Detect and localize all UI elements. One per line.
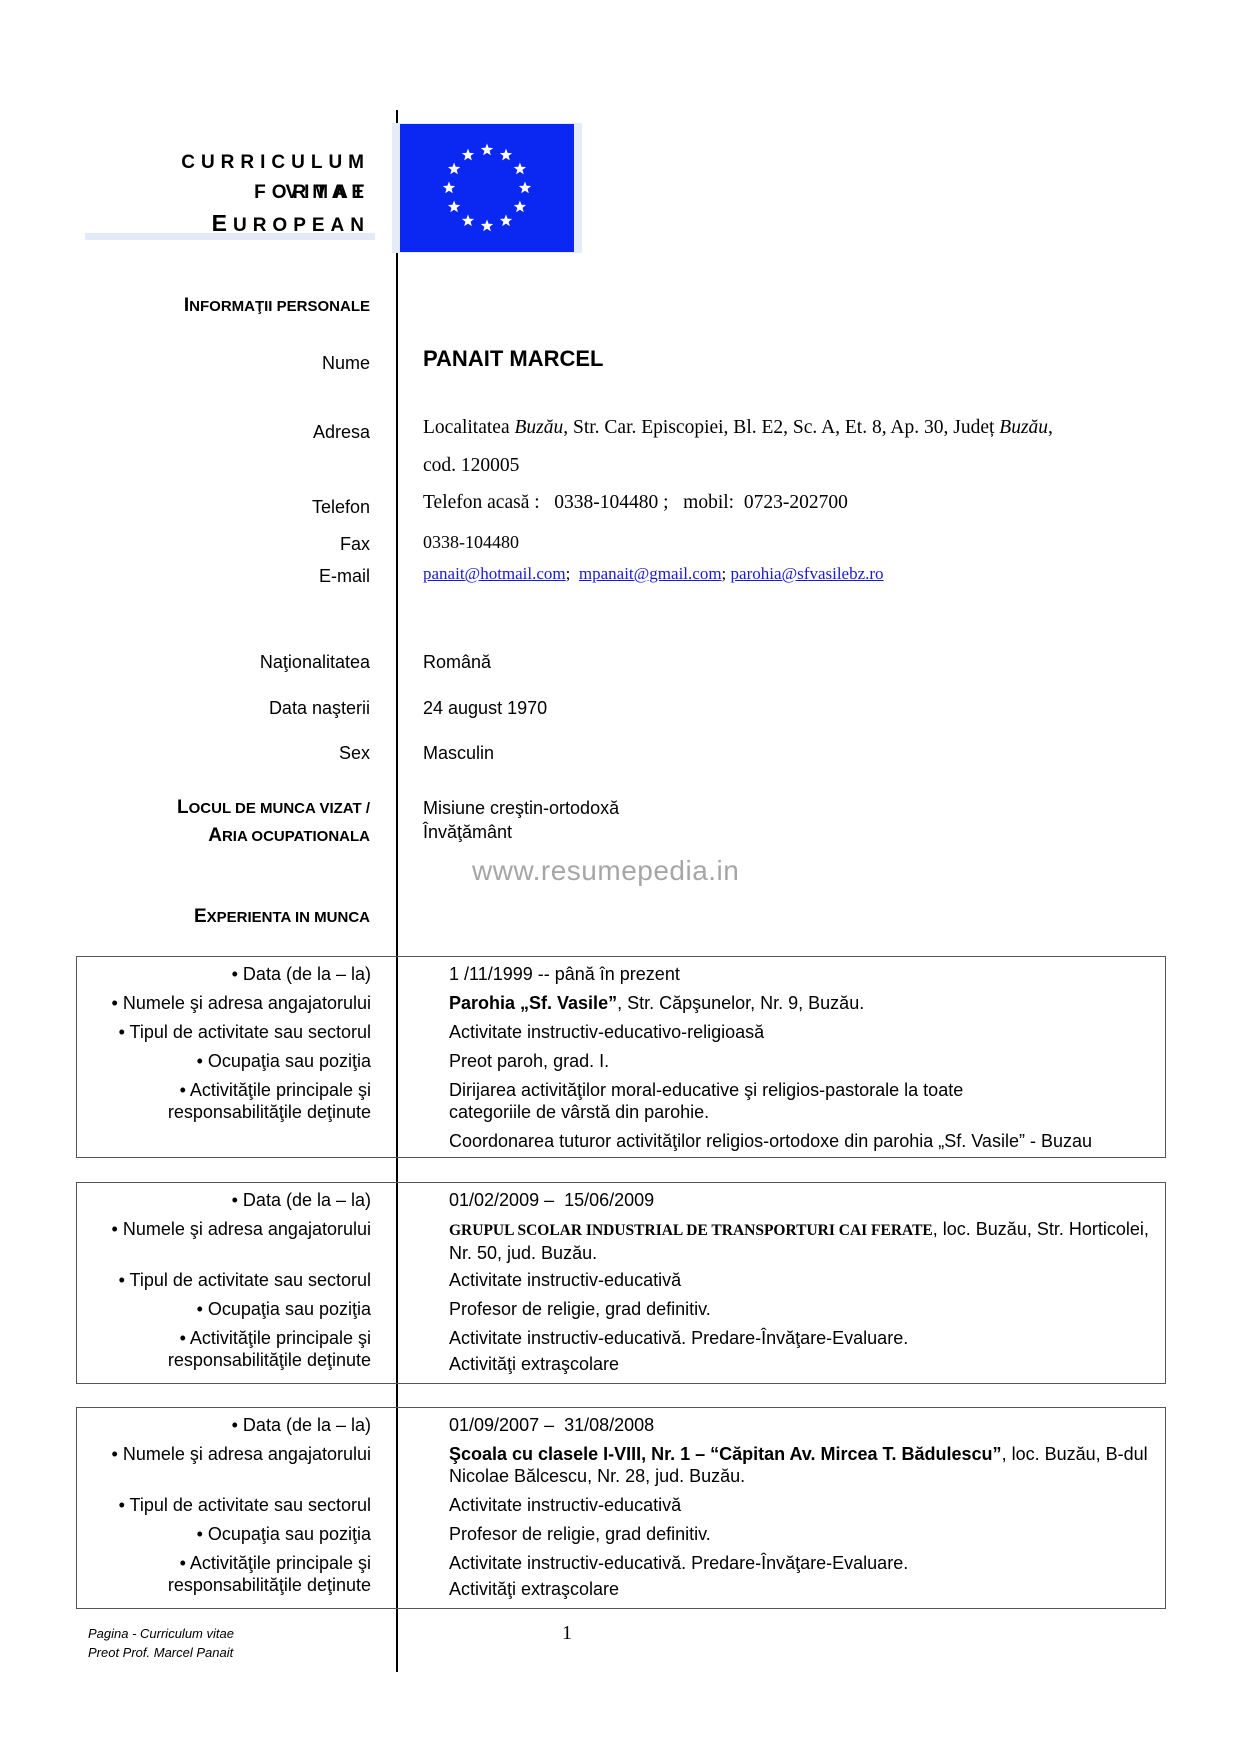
job-label-line: • Activităţile principale şi xyxy=(77,1552,371,1574)
job-label-line: responsabilităţile deţinute xyxy=(77,1574,371,1596)
job-label-line: responsabilităţile deţinute xyxy=(77,1349,371,1371)
name-value: PANAIT MARCEL xyxy=(423,348,603,370)
job-label: • Data (de la – la) xyxy=(77,1189,397,1218)
job-row-date: • Data (de la – la)01/09/2007 – 31/08/20… xyxy=(77,1414,1165,1443)
target-value-1: Misiune creştin-ortodoxă xyxy=(423,797,619,819)
job-row-position: • Ocupaţia sau poziţiaPreot paroh, grad.… xyxy=(77,1050,1165,1079)
job-label: • Data (de la – la) xyxy=(77,1414,397,1443)
address-label: Adresa xyxy=(70,421,370,443)
job-sector: Activitate instructiv-educativă xyxy=(397,1269,1165,1298)
email-link-parohia[interactable]: parohia@sfvasilebz.ro xyxy=(731,564,884,583)
job-row-sector: • Tipul de activitate sau sectorulActivi… xyxy=(77,1269,1165,1298)
job-entry: • Data (de la – la)01/02/2009 – 15/06/20… xyxy=(76,1182,1166,1384)
job-label-line: • Activităţile principale şi xyxy=(77,1327,371,1349)
job-activities: Activitate instructiv-educativă. Predare… xyxy=(397,1327,1165,1375)
job-entry: • Data (de la – la)01/09/2007 – 31/08/20… xyxy=(76,1407,1166,1609)
job-activity: Activităţi extraşcolare xyxy=(449,1353,1155,1375)
eu-flag-icon xyxy=(400,124,574,252)
job-row-sector: • Tipul de activitate sau sectorulActivi… xyxy=(77,1021,1165,1050)
email-label: E-mail xyxy=(70,565,370,587)
address-part: Localitatea xyxy=(423,417,514,438)
job-label: • Activităţile principale şiresponsabili… xyxy=(77,1079,397,1152)
phone-label: Telefon xyxy=(70,496,370,518)
target-line1-big: L xyxy=(177,797,189,818)
job-activity: Coordonarea tuturor activităţilor religi… xyxy=(449,1130,1155,1152)
job-row-date: • Data (de la – la)01/02/2009 – 15/06/20… xyxy=(77,1189,1165,1218)
email-list: panait@hotmail.com; mpanait@gmail.com; p… xyxy=(423,563,884,585)
title-underline-bar xyxy=(85,233,375,240)
sex-value: Masculin xyxy=(423,742,494,764)
job-employer: GRUPUL SCOLAR INDUSTRIAL DE TRANSPORTURI… xyxy=(397,1218,1165,1269)
address-part: , xyxy=(1048,417,1053,438)
target-line1: LOCUL DE MUNCA VIZAT / xyxy=(70,794,370,822)
address-county: Buzău xyxy=(999,417,1048,438)
fax-value: 0338-104480 xyxy=(423,531,519,553)
target-line2-big: A xyxy=(208,825,222,846)
job-position: Profesor de religie, grad definitiv. xyxy=(397,1523,1165,1552)
job-employer-name: GRUPUL SCOLAR INDUSTRIAL DE TRANSPORTURI… xyxy=(449,1222,933,1239)
job-employer: Şcoala cu clasele I-VIII, Nr. 1 – “Căpit… xyxy=(397,1443,1165,1494)
job-row-activities: • Activităţile principale şiresponsabili… xyxy=(77,1552,1165,1600)
email-separator: ; xyxy=(722,564,731,583)
job-row-employer: • Numele şi adresa angajatoruluiParohia … xyxy=(77,992,1165,1021)
address-part: , Str. Car. Episcopiei, Bl. E2, Sc. A, E… xyxy=(563,417,999,438)
email-link-gmail[interactable]: mpanait@gmail.com xyxy=(579,564,722,583)
name-label: Nume xyxy=(70,352,370,374)
address-postal-code: cod. 120005 xyxy=(423,455,519,477)
job-label: • Tipul de activitate sau sectorul xyxy=(77,1269,397,1298)
job-row-employer: • Numele şi adresa angajatoruluiŞcoala c… xyxy=(77,1443,1165,1494)
job-row-date: • Data (de la – la)1 /11/1999 -- până în… xyxy=(77,963,1165,992)
job-employer-name: Parohia „Sf. Vasile” xyxy=(449,993,617,1013)
job-row-position: • Ocupaţia sau poziţiaProfesor de religi… xyxy=(77,1523,1165,1552)
birthdate-label: Data naşterii xyxy=(70,697,370,719)
email-link-hotmail[interactable]: panait@hotmail.com xyxy=(423,564,566,583)
job-label: • Activităţile principale şiresponsabili… xyxy=(77,1327,397,1375)
page-footer: Pagina - Curriculum vitae Preot Prof. Ma… xyxy=(88,1624,234,1662)
job-entry: • Data (de la – la)1 /11/1999 -- până în… xyxy=(76,956,1166,1158)
job-sector: Activitate instructiv-educativă xyxy=(397,1494,1165,1523)
job-activity: Dirijarea activităţilor moral-educative … xyxy=(449,1079,1155,1123)
section-target-job: LOCUL DE MUNCA VIZAT / ARIA OCUPATIONALA xyxy=(70,794,370,850)
job-label: • Data (de la – la) xyxy=(77,963,397,992)
section-experience-big: E xyxy=(194,906,207,927)
job-position: Preot paroh, grad. I. xyxy=(397,1050,1165,1079)
job-activity: Activitate instructiv-educativă. Predare… xyxy=(449,1327,1155,1349)
job-label: • Ocupaţia sau poziţia xyxy=(77,1523,397,1552)
section-personal-info: INFORMAŢII PERSONALE xyxy=(70,292,370,320)
sex-label: Sex xyxy=(70,742,370,764)
phone-value: Telefon acasă : 0338-104480 ; mobil: 072… xyxy=(423,492,848,514)
job-date: 01/02/2009 – 15/06/2009 xyxy=(397,1189,1165,1218)
watermark: www.resumepedia.in xyxy=(472,855,739,887)
job-label: • Activităţile principale şiresponsabili… xyxy=(77,1552,397,1600)
job-row-employer: • Numele şi adresa angajatoruluiGRUPUL S… xyxy=(77,1218,1165,1269)
job-label: • Tipul de activitate sau sectorul xyxy=(77,1021,397,1050)
footer-line2: Preot Prof. Marcel Panait xyxy=(88,1643,234,1662)
job-activity: Activităţi extraşcolare xyxy=(449,1578,1155,1600)
job-employer-address: , Str. Căpşunelor, Nr. 9, Buzău. xyxy=(617,993,864,1013)
job-label: • Numele şi adresa angajatorului xyxy=(77,1218,397,1269)
cv-title-line2: FORMAT EUROPEAN xyxy=(90,178,370,241)
cv-title-line2-first: FORMAT xyxy=(254,182,370,203)
section-experience-rest: XPERIENTA IN MUNCA xyxy=(207,909,370,926)
page-number: 1 xyxy=(562,1622,572,1645)
job-position: Profesor de religie, grad definitiv. xyxy=(397,1298,1165,1327)
job-activities: Activitate instructiv-educativă. Predare… xyxy=(397,1552,1165,1600)
eu-stars-icon xyxy=(400,124,574,252)
job-activity: Activitate instructiv-educativă. Predare… xyxy=(449,1552,1155,1574)
address-value: Localitatea Buzău, Str. Car. Episcopiei,… xyxy=(423,417,1163,439)
job-label: • Ocupaţia sau poziţia xyxy=(77,1050,397,1079)
job-label: • Numele şi adresa angajatorului xyxy=(77,1443,397,1494)
job-row-sector: • Tipul de activitate sau sectorulActivi… xyxy=(77,1494,1165,1523)
job-row-activities: • Activităţile principale şiresponsabili… xyxy=(77,1327,1165,1375)
job-employer-name: Şcoala cu clasele I-VIII, Nr. 1 – “Căpit… xyxy=(449,1444,1002,1464)
birthdate-value: 24 august 1970 xyxy=(423,697,547,719)
job-employer: Parohia „Sf. Vasile”, Str. Căpşunelor, N… xyxy=(397,992,1165,1021)
job-date: 1 /11/1999 -- până în prezent xyxy=(397,963,1165,992)
job-label-line: • Activităţile principale şi xyxy=(77,1079,371,1101)
target-value-2: Învăţământ xyxy=(423,821,512,843)
address-city: Buzău xyxy=(514,417,563,438)
section-experience: EXPERIENTA IN MUNCA xyxy=(70,903,370,931)
target-line2: ARIA OCUPATIONALA xyxy=(70,822,370,850)
job-row-position: • Ocupaţia sau poziţiaProfesor de religi… xyxy=(77,1298,1165,1327)
job-date: 01/09/2007 – 31/08/2008 xyxy=(397,1414,1165,1443)
job-label-line: responsabilităţile deţinute xyxy=(77,1101,371,1123)
email-separator: ; xyxy=(566,564,579,583)
target-line2-rest: RIA OCUPATIONALA xyxy=(222,828,370,845)
job-row-activities: • Activităţile principale şiresponsabili… xyxy=(77,1079,1165,1152)
job-label: • Numele şi adresa angajatorului xyxy=(77,992,397,1021)
nationality-label: Naţionalitatea xyxy=(70,651,370,673)
job-label: • Tipul de activitate sau sectorul xyxy=(77,1494,397,1523)
job-label: • Ocupaţia sau poziţia xyxy=(77,1298,397,1327)
job-sector: Activitate instructiv-educativo-religioa… xyxy=(397,1021,1165,1050)
nationality-value: Română xyxy=(423,651,491,673)
job-activities: Dirijarea activităţilor moral-educative … xyxy=(397,1079,1165,1152)
section-personal-rest: NFORMAŢII PERSONALE xyxy=(189,298,370,315)
footer-line1: Pagina - Curriculum vitae xyxy=(88,1624,234,1643)
target-line1-rest: OCUL DE MUNCA VIZAT / xyxy=(189,800,370,817)
fax-label: Fax xyxy=(70,533,370,555)
